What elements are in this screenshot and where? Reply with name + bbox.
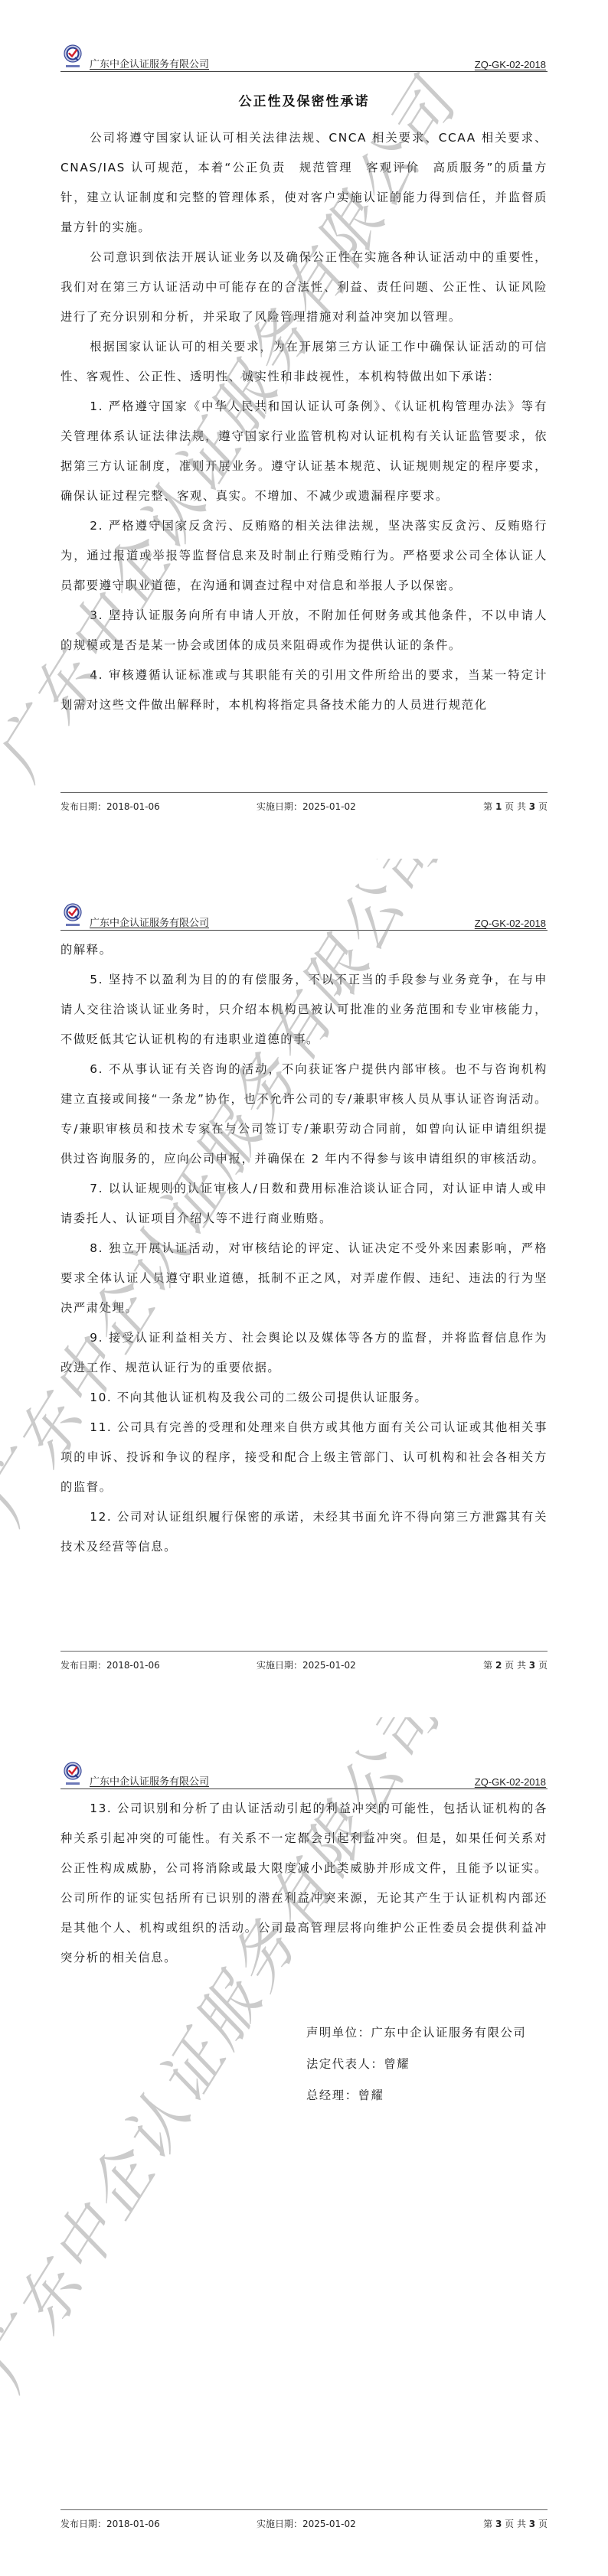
page-body: 的解释。 5. 坚持不以盈利为目的的有偿服务，不以不正当的手段参与业务竞争，在与… [60,935,548,1562]
commitment-item-6: 6. 不从事认证有关咨询的活动，不向获证客户提供内部审核。也不与咨询机构建立直接… [60,1055,548,1174]
paragraph: 根据国家认证认可的相关要求，为在开展第三方认证工作中确保认证活动的可信性、客观性… [60,332,548,392]
header-document-code: ZQ-GK-02-2018 [475,918,546,929]
commitment-item-2: 2. 严格遵守国家反贪污、反贿赂的相关法律法规，坚决落实反贪污、反贿赂行为，通过… [60,511,548,601]
effective-date: 实施日期：2025-01-02 [257,2517,356,2530]
commitment-item-1: 1. 严格遵守国家《中华人民共和国认证认可条例》、《认证机构管理办法》等有关管理… [60,392,548,511]
paragraph: 公司将遵守国家认证认可相关法律法规、CNCA 相关要求、CCAA 相关要求、CN… [60,123,548,243]
legal-representative: 法定代表人：曾耀 [306,2049,526,2080]
document-page-2: 广东中企认证服务有限公司 ZQ-GK-02-2018 的解释。 5. 坚持不以盈… [0,859,608,1717]
company-logo-icon [64,44,82,70]
page-header: 广东中企认证服务有限公司 ZQ-GK-02-2018 [60,903,548,931]
page-number: 第 2 页 共 3 页 [483,1658,548,1671]
commitment-item-12: 12. 公司对认证组织履行保密的承诺，未经其书面允许不得向第三方泄露其有关技术及… [60,1502,548,1562]
effective-date: 实施日期：2025-01-02 [257,1658,356,1671]
general-manager: 总经理：曾耀 [306,2080,526,2111]
header-company-name: 广东中企认证服务有限公司 [90,56,209,70]
page-number: 第 3 页 共 3 页 [483,2517,548,2530]
document-page-3: 广东中企认证服务有限公司 ZQ-GK-02-2018 13. 公司识别和分析了由… [0,1717,608,2576]
header-document-code: ZQ-GK-02-2018 [475,1776,546,1788]
company-logo-icon [64,1762,82,1787]
commitment-item-13: 13. 公司识别和分析了由认证活动引起的利益冲突的可能性，包括认证机构的各种关系… [60,1794,548,1973]
commitment-item-11: 11. 公司具有完善的受理和处理来自供方或其他方面有关公司认证或其他相关事项的申… [60,1413,548,1502]
commitment-item-9: 9. 接受认证利益相关方、社会舆论以及媒体等各方的监督，并将监督信息作为改进工作… [60,1323,548,1383]
publish-date: 发布日期：2018-01-06 [60,2517,160,2530]
commitment-item-5: 5. 坚持不以盈利为目的的有偿服务，不以不正当的手段参与业务竞争，在与申请人交往… [60,965,548,1055]
paragraph: 公司意识到依法开展认证业务以及确保公正性在实施各种认证活动中的重要性，我们对在第… [60,243,548,332]
document-page-1: 广东中企认证服务有限公司 ZQ-GK-02-2018 公正性及保密性承诺 公司将… [0,0,608,859]
commitment-item-8: 8. 独立开展认证活动，对审核结论的评定、认证决定不受外来因素影响，严格要求全体… [60,1234,548,1323]
commitment-item-7: 7. 以认证规则的认证审核人/日数和费用标准洽谈认证合同，对认证申请人或申请委托… [60,1174,548,1234]
page-body: 13. 公司识别和分析了由认证活动引起的利益冲突的可能性，包括认证机构的各种关系… [60,1794,548,1973]
commitment-item-10: 10. 不向其他认证机构及我公司的二级公司提供认证服务。 [60,1383,548,1413]
header-company-name: 广东中企认证服务有限公司 [90,915,209,929]
declaring-unit: 声明单位：广东中企认证服务有限公司 [306,2017,526,2049]
document-title: 公正性及保密性承诺 [60,90,548,109]
paragraph-continuation: 的解释。 [60,935,548,965]
signature-block: 声明单位：广东中企认证服务有限公司 法定代表人：曾耀 总经理：曾耀 [306,2017,526,2111]
page-footer: 发布日期：2018-01-06 实施日期：2025-01-02 第 1 页 共 … [60,792,548,815]
page-header: 广东中企认证服务有限公司 ZQ-GK-02-2018 [60,44,548,72]
publish-date: 发布日期：2018-01-06 [60,1658,160,1671]
commitment-item-4: 4. 审核遵循认证标准或与其职能有关的引用文件所给出的要求，当某一特定计划需对这… [60,660,548,720]
commitment-item-3: 3. 坚持认证服务向所有申请人开放，不附加任何财务或其他条件，不以申请人的规模或… [60,601,548,660]
page-body: 公正性及保密性承诺 公司将遵守国家认证认可相关法律法规、CNCA 相关要求、CC… [60,90,548,720]
page-header: 广东中企认证服务有限公司 ZQ-GK-02-2018 [60,1762,548,1789]
effective-date: 实施日期：2025-01-02 [257,800,356,813]
page-number: 第 1 页 共 3 页 [483,800,548,813]
page-footer: 发布日期：2018-01-06 实施日期：2025-01-02 第 2 页 共 … [60,1651,548,1674]
publish-date: 发布日期：2018-01-06 [60,800,160,813]
header-company-name: 广东中企认证服务有限公司 [90,1773,209,1788]
page-footer: 发布日期：2018-01-06 实施日期：2025-01-02 第 3 页 共 … [60,2509,548,2532]
company-logo-icon [64,903,82,928]
header-document-code: ZQ-GK-02-2018 [475,59,546,70]
